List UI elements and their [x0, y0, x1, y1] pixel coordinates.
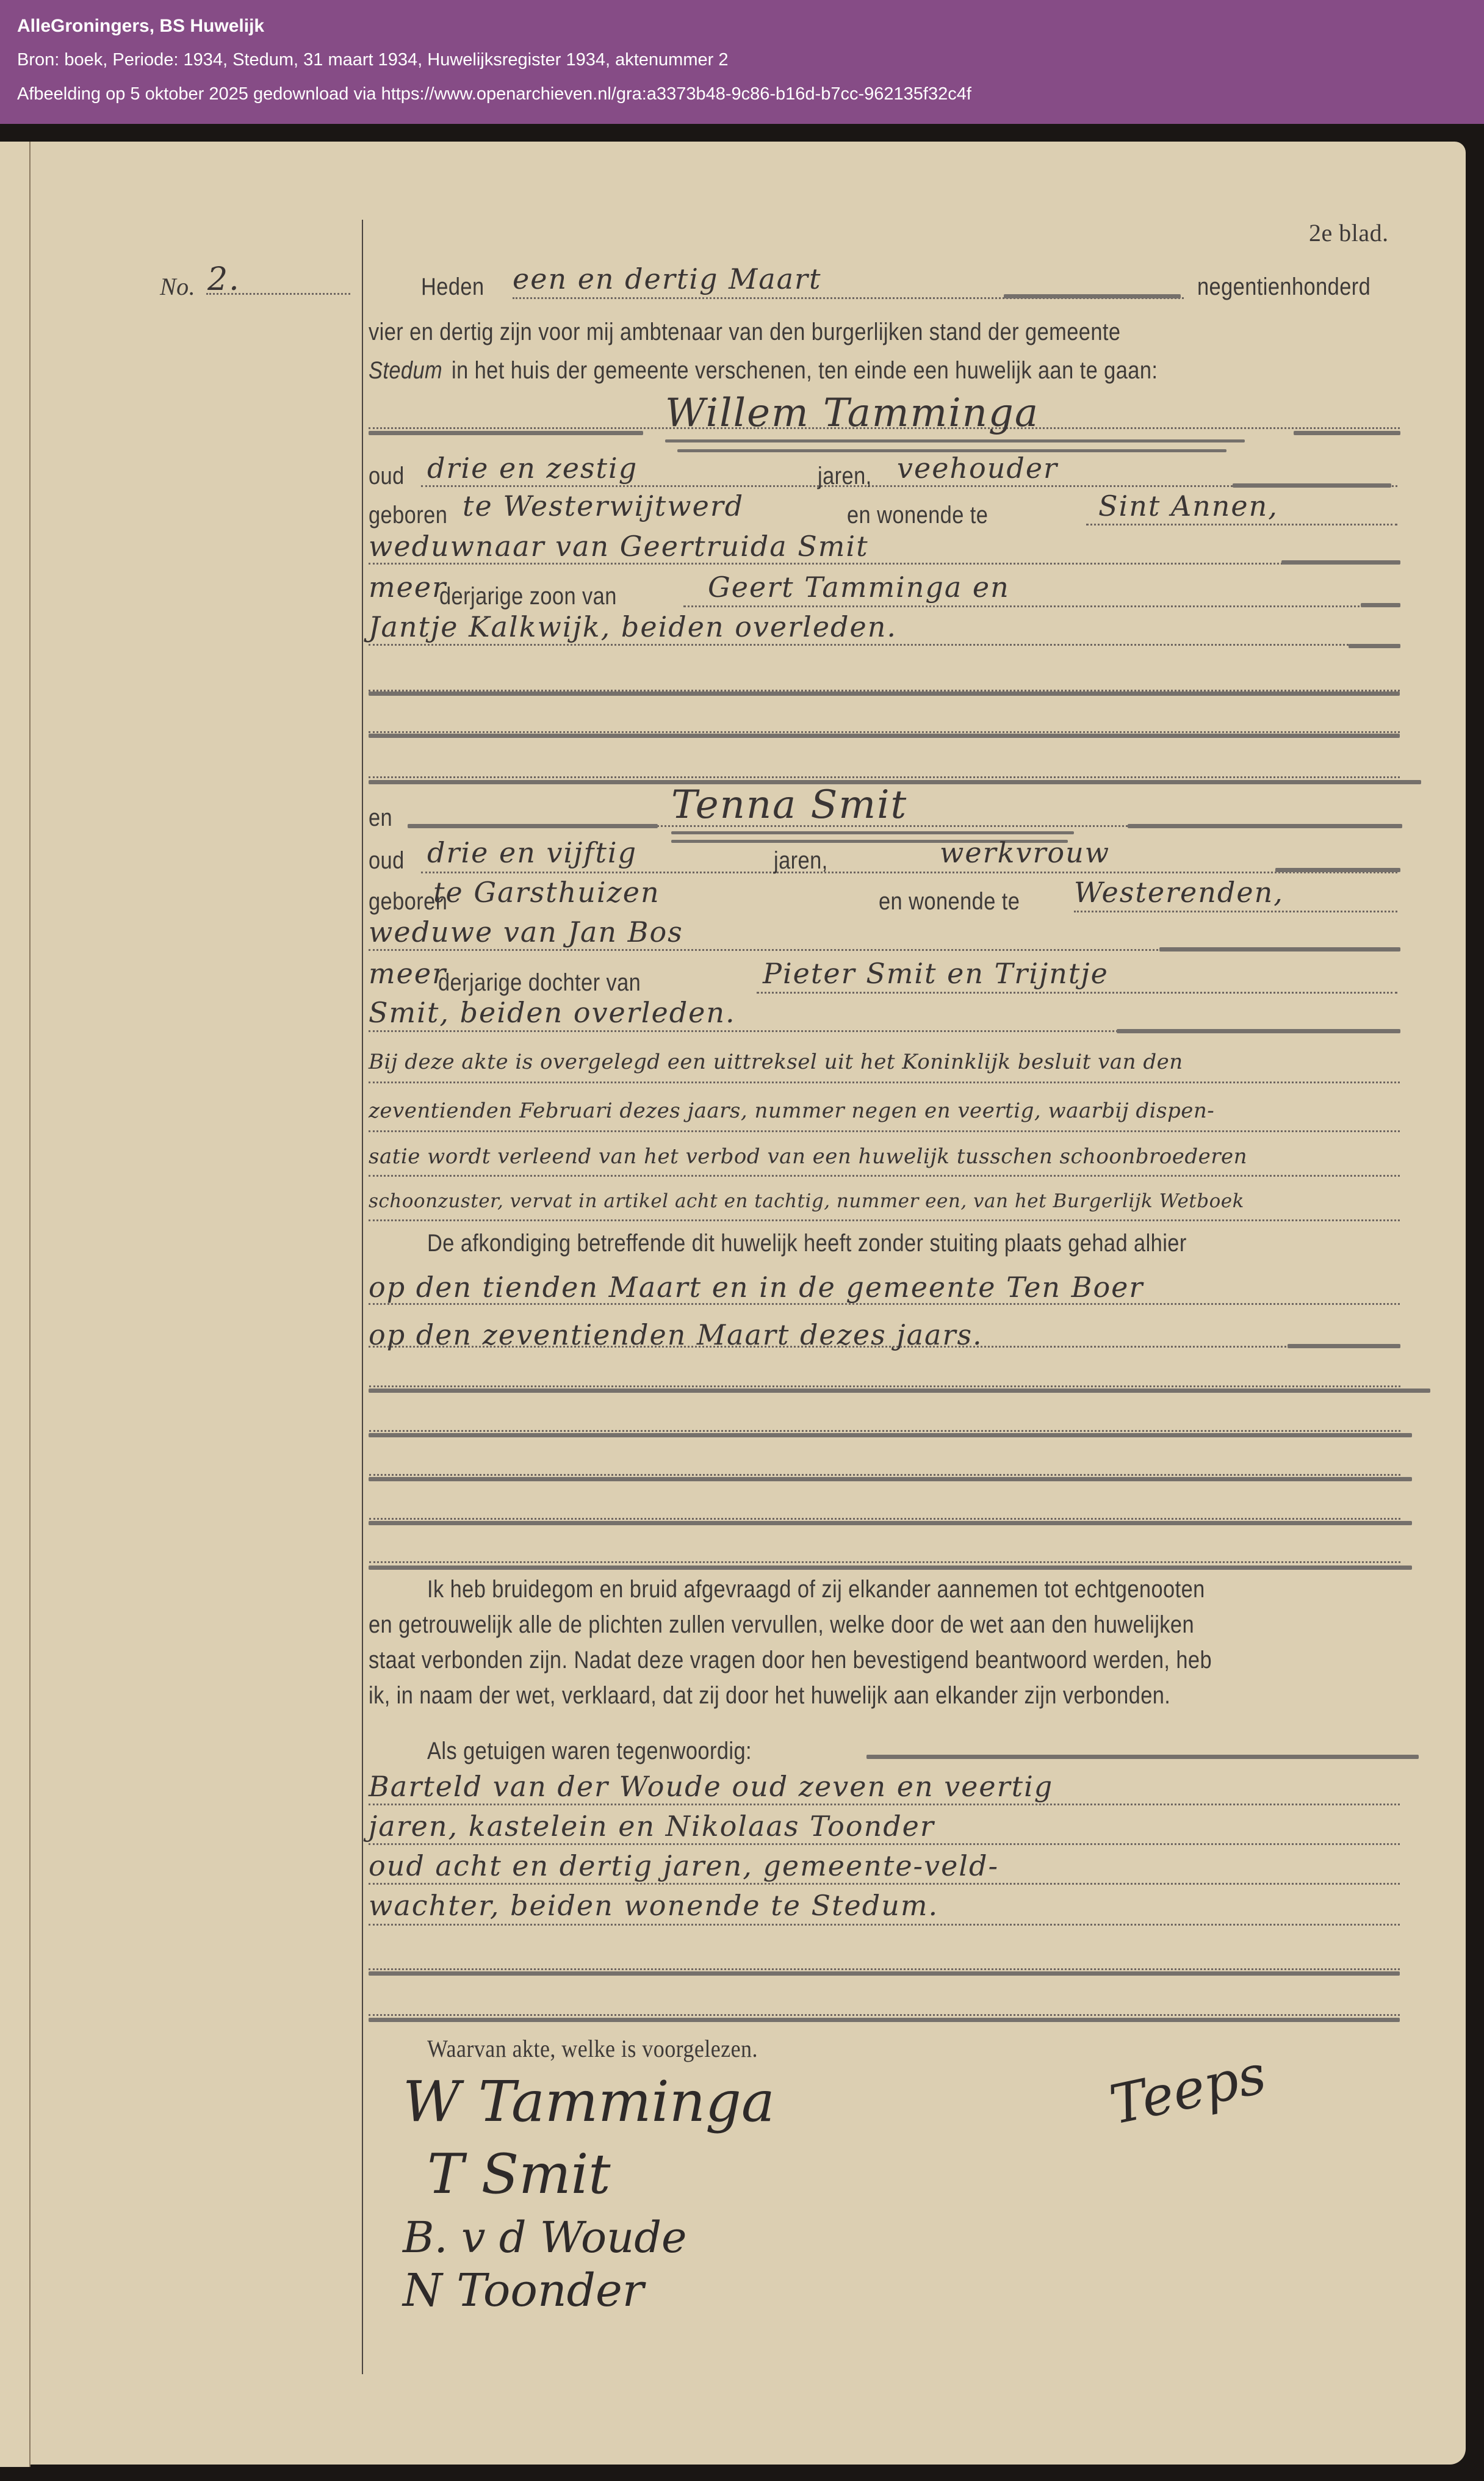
banner-source: Bron: boek, Periode: 1934, Stedum, 31 ma… — [17, 50, 728, 70]
proclamation-dotted-2 — [369, 1346, 1400, 1348]
witness-blank-rule — [369, 1971, 1400, 1976]
intro-heden: Heden — [421, 273, 484, 301]
annotation-line-1: Bij deze akte is overgelegd een uittreks… — [369, 1050, 1183, 1074]
bride-wonende-label: en wonende te — [879, 888, 1020, 915]
bride-age-dotted — [421, 872, 1397, 873]
bride-residence: Westerenden, — [1074, 876, 1284, 909]
bride-en-label: en — [369, 804, 392, 832]
groom-name-rule-right — [1294, 431, 1400, 435]
annotation-dotted-1 — [369, 1082, 1400, 1083]
bride-age: drie en vijftig — [427, 836, 637, 869]
bride-occupation: werkvrouw — [940, 836, 1110, 869]
bride-meer-handwritten: meer — [369, 957, 447, 990]
source-banner: AlleGroningers, BS Huwelijk Bron: boek, … — [0, 0, 1484, 124]
groom-meer-handwritten: meer — [369, 571, 447, 604]
groom-name-double-rule-1 — [665, 439, 1245, 442]
groom-status-dotted — [369, 563, 1400, 565]
groom-oud-label: oud — [369, 463, 405, 490]
proclamation-line-1: op den tienden Maart en in de gemeente T… — [369, 1271, 1144, 1304]
blank-dotted-2 — [369, 1430, 1400, 1432]
signature-witness-2: N Toonder — [403, 2264, 644, 2317]
groom-parents-label: derjarige zoon van — [439, 583, 617, 610]
blank-dotted-3 — [369, 1474, 1400, 1476]
closing-statement: Waarvan akte, welke is voorgelezen. — [427, 2034, 758, 2063]
blank-rule-5 — [369, 1566, 1412, 1570]
declaration-line-3: staat verbonden zijn. Nadat deze vragen … — [369, 1647, 1212, 1674]
groom-blank-rule-1 — [369, 692, 1400, 696]
witness-end-dotted — [369, 2014, 1400, 2016]
groom-parents-rule-1 — [1361, 603, 1400, 607]
banner-download-info: Afbeelding op 5 oktober 2025 gedownload … — [17, 84, 971, 104]
record-number-value: 2. — [207, 261, 240, 298]
blank-dotted-4 — [369, 1518, 1400, 1520]
bride-jaren-label: jaren, — [774, 847, 828, 875]
witness-dotted-4 — [369, 1924, 1400, 1926]
bride-oud-label: oud — [369, 847, 405, 875]
groom-parents-dotted-1 — [683, 605, 1397, 607]
bride-name-double-rule-1 — [671, 831, 1074, 834]
signature-witness-1: B. v d Woude — [403, 2212, 686, 2263]
groom-birthplace: te Westerwijtwerd — [463, 489, 744, 522]
annotation-dotted-3 — [369, 1175, 1400, 1177]
groom-age: drie en zestig — [427, 452, 638, 485]
bride-parents-label: derjarige dochter van — [438, 969, 641, 997]
groom-name: Willem Tamminga — [665, 391, 1039, 436]
bride-status-rule — [1159, 947, 1400, 952]
bride-parents-rule-2 — [1117, 1029, 1400, 1033]
proclamation-rule-2 — [1288, 1344, 1400, 1348]
banner-title: AlleGroningers, BS Huwelijk — [17, 16, 264, 37]
groom-occupation-rule — [1233, 483, 1391, 488]
groom-parents-2: Jantje Kalkwijk, beiden overleden. — [369, 610, 897, 643]
intro-line-2: vier en dertig zijn voor mij ambtenaar v… — [369, 319, 1120, 346]
blank-dotted-1 — [369, 1385, 1400, 1387]
date-fill-rule — [1004, 294, 1181, 298]
declaration-line-4: ik, in naam der wet, verklaard, dat zij … — [369, 1682, 1170, 1710]
bride-parents-dotted-1 — [757, 992, 1397, 994]
number-dotted-line — [206, 293, 350, 295]
blank-dotted-5 — [369, 1561, 1400, 1563]
bride-name-rule-right — [1128, 824, 1402, 828]
annotation-line-4: schoonzuster, vervat in artikel acht en … — [369, 1190, 1244, 1212]
witness-dotted-1 — [369, 1804, 1400, 1805]
witness-line-3: oud acht en dertig jaren, gemeente-veld- — [369, 1849, 999, 1882]
groom-jaren-label: jaren, — [818, 463, 872, 490]
witness-dotted-3 — [369, 1883, 1400, 1885]
witness-line-2: jaren, kastelein en Nikolaas Toonder — [369, 1810, 935, 1843]
groom-occupation: veehouder — [897, 452, 1058, 485]
sheet-label: 2e blad. — [1309, 218, 1389, 247]
blank-rule-3 — [369, 1477, 1412, 1481]
intro-year-word: negentienhonderd — [1197, 273, 1371, 301]
proclamation-printed: De afkondiging betreffende dit huwelijk … — [427, 1230, 1187, 1257]
intro-line-3: in het huis der gemeente verschenen, ten… — [452, 357, 1158, 385]
margin-rule — [362, 220, 363, 2374]
bride-parents-1: Pieter Smit en Trijntje — [763, 957, 1109, 990]
annotation-line-2: zeventienden Februari dezes jaars, numme… — [369, 1099, 1214, 1123]
witnesses-label: Als getuigen waren tegenwoordig: — [427, 1738, 752, 1765]
annotation-dotted-2 — [369, 1130, 1400, 1132]
declaration-line-2: en getrouwelijk alle de plichten zullen … — [369, 1611, 1194, 1639]
record-number-label: No. — [160, 272, 195, 301]
groom-blank-dotted-2 — [369, 731, 1400, 733]
groom-parents-rule-2 — [1349, 644, 1400, 648]
previous-page-edge — [0, 142, 31, 2467]
witness-blank-dotted — [369, 1968, 1400, 1970]
bride-birthplace: te Garsthuizen — [433, 876, 660, 909]
groom-parents-dotted-2 — [369, 644, 1400, 646]
annotation-dotted-4 — [369, 1219, 1400, 1221]
groom-blank-dotted-3 — [369, 776, 1400, 778]
witness-line-1: Barteld van der Woude oud zeven en veert… — [369, 1770, 1053, 1803]
blank-rule-2 — [369, 1433, 1412, 1437]
signature-groom: W Tamminga — [403, 2069, 775, 2134]
intro-municipality: Stedum — [369, 357, 442, 385]
witness-dotted-2 — [369, 1843, 1400, 1845]
groom-parents-1: Geert Tamminga en — [708, 571, 1010, 604]
groom-residence-dotted — [1086, 524, 1397, 525]
bride-occupation-rule — [1275, 868, 1400, 872]
groom-blank-rule-2 — [369, 734, 1400, 738]
blank-rule-4 — [369, 1521, 1412, 1525]
declaration-line-1: Ik heb bruidegom en bruid afgevraagd of … — [427, 1576, 1205, 1603]
groom-marital-status: weduwnaar van Geertruida Smit — [369, 530, 869, 563]
annotation-line-3: satie wordt verleend van het verbod van … — [369, 1144, 1247, 1169]
groom-status-rule — [1281, 560, 1400, 565]
bride-name-rule-left — [408, 824, 658, 828]
bride-marital-status: weduwe van Jan Bos — [369, 915, 683, 948]
witness-section-divider — [369, 2018, 1400, 2022]
proclamation-dotted-1 — [369, 1303, 1400, 1305]
bride-residence-dotted — [1074, 911, 1397, 912]
bride-parents-2: Smit, beiden overleden. — [369, 996, 736, 1029]
witnesses-label-rule — [866, 1755, 1419, 1759]
groom-name-rule-left — [369, 431, 643, 435]
blank-rule-1 — [369, 1389, 1430, 1393]
signature-bride: T Smit — [427, 2142, 611, 2206]
groom-geboren-label: geboren — [369, 502, 447, 529]
groom-wonende-label: en wonende te — [847, 502, 988, 529]
marriage-date-handwritten: een en dertig Maart — [513, 262, 822, 295]
bride-name: Tenna Smit — [671, 782, 907, 828]
witness-line-4: wachter, beiden wonende te Stedum. — [369, 1889, 938, 1922]
groom-residence: Sint Annen, — [1098, 489, 1278, 522]
